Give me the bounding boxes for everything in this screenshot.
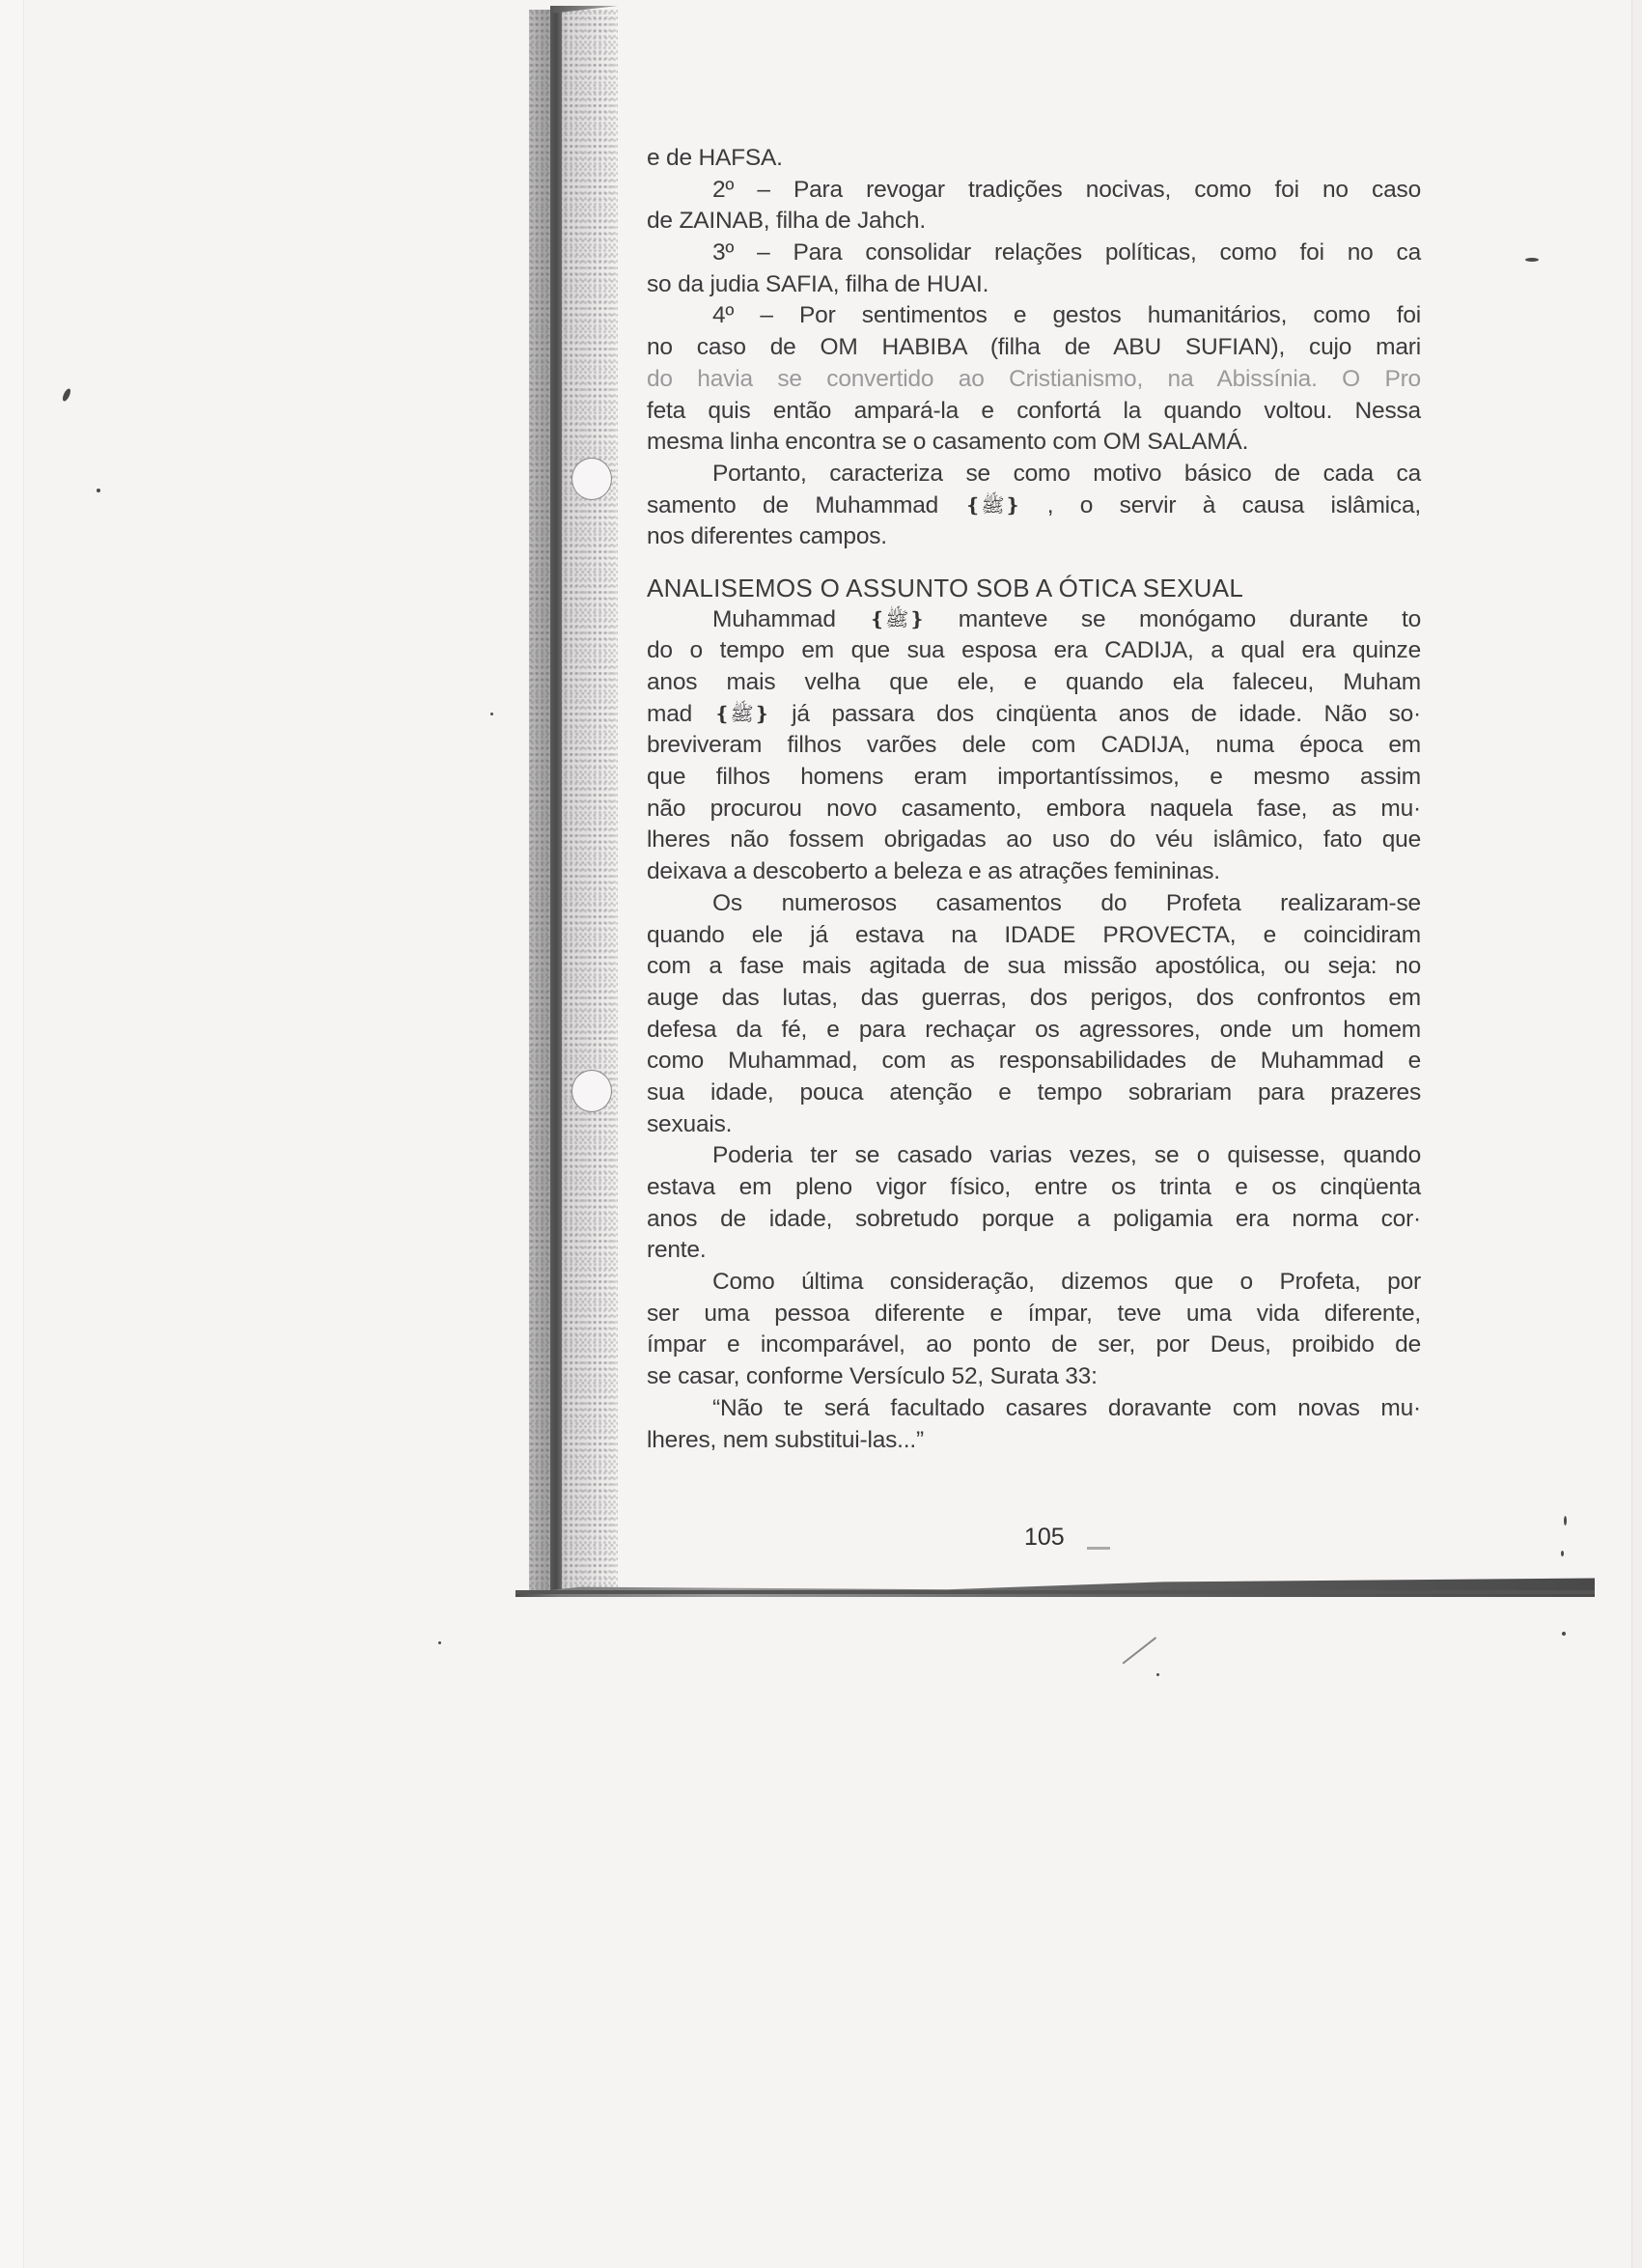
text-line: Poderia ter se casado varias vezes, se o… xyxy=(647,1140,1421,1172)
scan-speck xyxy=(1156,1673,1159,1676)
scan-speck xyxy=(1525,258,1539,262)
bottom-page-edge xyxy=(515,1590,1595,1594)
text-line: rente. xyxy=(647,1235,1421,1267)
punch-hole-lower xyxy=(571,1070,612,1112)
scan-speck xyxy=(1564,1516,1567,1526)
text-line: nos diferentes campos. xyxy=(647,521,1421,553)
text-line: auge das lutas, das guerras, dos perigos… xyxy=(647,983,1421,1015)
text-line: Portanto, caracteriza se como motivo bás… xyxy=(647,459,1421,490)
text-line: so da judia SAFIA, filha de HUAI. xyxy=(647,269,1421,301)
scan-speck xyxy=(97,489,100,492)
text-line: que filhos homens eram importantíssimos,… xyxy=(647,762,1421,794)
page-number-underline xyxy=(1087,1547,1110,1550)
scan-speck xyxy=(1561,1551,1564,1556)
pbuh-honorific-icon: ❴ﷺ❵ xyxy=(714,699,770,731)
text-line: mesma linha encontra se o casamento com … xyxy=(647,427,1421,459)
text-line: sua idade, pouca atenção e tempo sobrari… xyxy=(647,1078,1421,1109)
text-line: no caso de OM HABIBA (filha de ABU SUFIA… xyxy=(647,332,1421,364)
text-line: Os numerosos casamentos do Profeta reali… xyxy=(647,888,1421,920)
text-line: estava em pleno vigor físico, entre os t… xyxy=(647,1172,1421,1204)
scan-speck xyxy=(1562,1632,1566,1636)
text-line: com a fase mais agitada de sua missão ap… xyxy=(647,951,1421,983)
text-line: lheres não fossem obrigadas ao uso do vé… xyxy=(647,825,1421,856)
text-line: 4º – Por sentimentos e gestos humanitári… xyxy=(647,300,1421,332)
text-line: feta quis então ampará-la e confortá la … xyxy=(647,396,1421,428)
binding-shadow xyxy=(529,10,618,1593)
text-line: “Não te será facultado casares doravante… xyxy=(647,1393,1421,1425)
text-line: anos de idade, sobretudo porque a poliga… xyxy=(647,1204,1421,1236)
text-line: como Muhammad, com as responsabilidades … xyxy=(647,1046,1421,1078)
text-line: do havia se convertido ao Cristianismo, … xyxy=(647,364,1421,396)
document-body: e de HAFSA.2º – Para revogar tradições n… xyxy=(647,143,1421,1456)
text-line: Como última consideração, dizemos que o … xyxy=(647,1267,1421,1299)
text-line: Muhammad ❴ﷺ❵ manteve se monógamo durante… xyxy=(647,604,1421,636)
paragraph-group-sexual-analysis: Muhammad ❴ﷺ❵ manteve se monógamo durante… xyxy=(647,604,1421,1457)
pen-mark xyxy=(1122,1637,1156,1665)
section-heading: ANALISEMOS O ASSUNTO SOB A ÓTICA SEXUAL xyxy=(647,573,1421,604)
pbuh-honorific-icon: ❴ﷺ❵ xyxy=(869,604,925,636)
text-line: breviveram filhos varões dele com CADIJA… xyxy=(647,730,1421,762)
text-line: anos mais velha que ele, e quando ela fa… xyxy=(647,667,1421,699)
text-line: de ZAINAB, filha de Jahch. xyxy=(647,206,1421,238)
text-line: 3º – Para consolidar relações políticas,… xyxy=(647,238,1421,269)
punch-hole-upper xyxy=(571,458,612,500)
scan-speck xyxy=(61,387,71,402)
text-line: não procurou novo casamento, embora naqu… xyxy=(647,794,1421,826)
text-line: se casar, conforme Versículo 52, Surata … xyxy=(647,1361,1421,1393)
scan-right-edge xyxy=(1631,0,1642,2268)
text-line: ser uma pessoa diferente e ímpar, teve u… xyxy=(647,1299,1421,1330)
page-number: 105 xyxy=(1024,1524,1065,1552)
text-line: sexuais. xyxy=(647,1109,1421,1141)
text-line: samento de Muhammad ❴ﷺ❵ , o servir à cau… xyxy=(647,490,1421,522)
pbuh-honorific-icon: ❴ﷺ❵ xyxy=(965,490,1021,522)
text-line: mad ❴ﷺ❵ já passara dos cinqüenta anos de… xyxy=(647,699,1421,731)
text-line: lheres, nem substitui-las...” xyxy=(647,1425,1421,1457)
scan-speck xyxy=(438,1641,441,1644)
text-line: quando ele já estava na IDADE PROVECTA, … xyxy=(647,920,1421,952)
binding-edge xyxy=(550,10,562,1593)
text-line: do o tempo em que sua esposa era CADIJA,… xyxy=(647,635,1421,667)
scan-speck xyxy=(490,713,493,715)
text-line: ímpar e incomparável, ao ponto de ser, p… xyxy=(647,1330,1421,1361)
paragraph-group-marriage-motives: e de HAFSA.2º – Para revogar tradições n… xyxy=(647,143,1421,553)
text-line: 2º – Para revogar tradições nocivas, com… xyxy=(647,175,1421,207)
text-line: deixava a descoberto a beleza e as atraç… xyxy=(647,856,1421,888)
scan-left-edge xyxy=(0,0,24,2268)
text-line: defesa da fé, e para rechaçar os agresso… xyxy=(647,1015,1421,1047)
text-line: e de HAFSA. xyxy=(647,143,1421,175)
